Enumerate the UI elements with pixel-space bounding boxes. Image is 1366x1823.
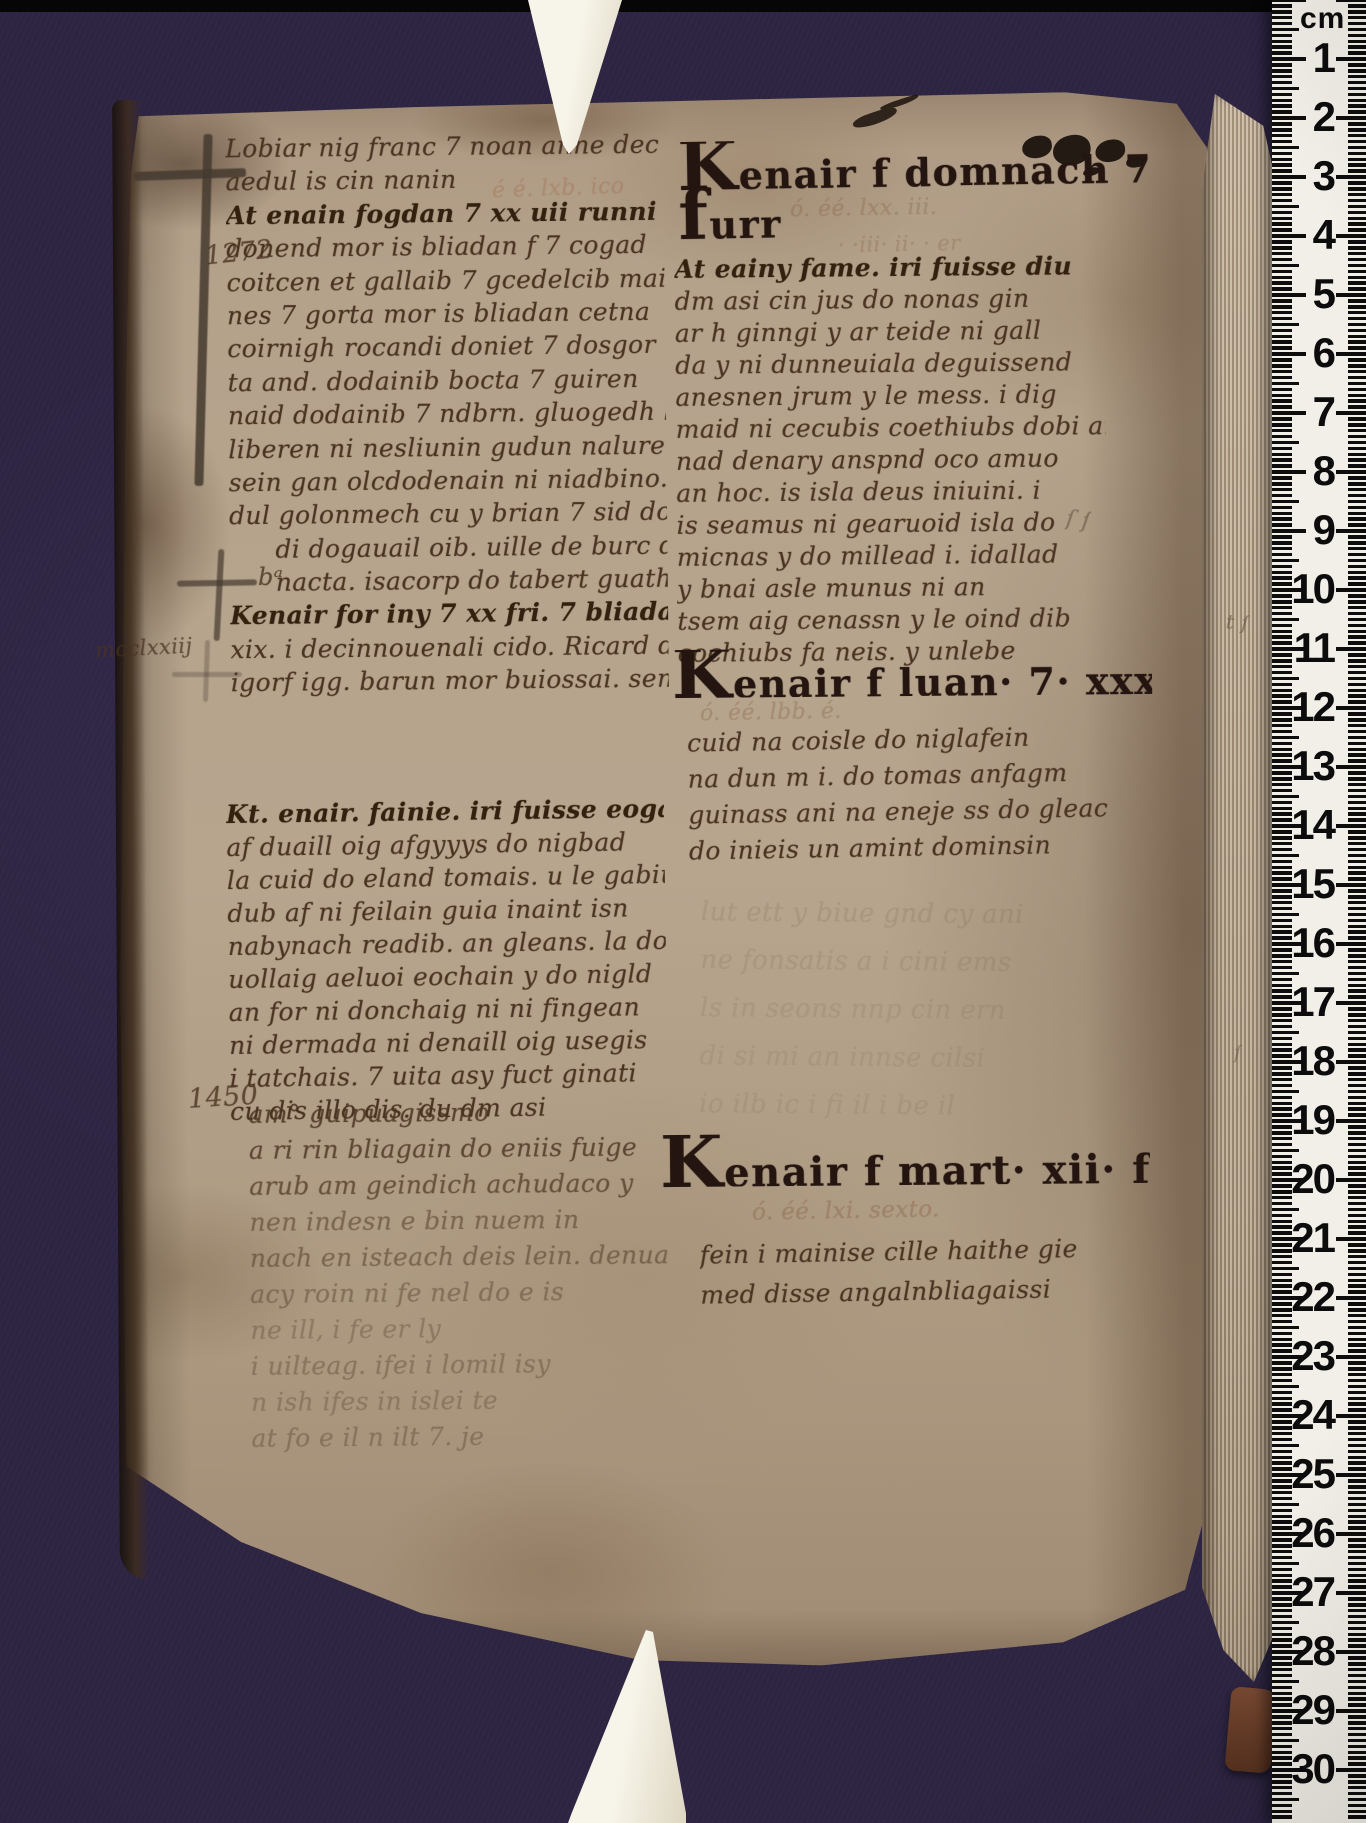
ruler-tick <box>1348 99 1366 103</box>
manuscript-line: da y ni dunneuiala deguissend <box>675 346 1105 382</box>
ruler-tick <box>1348 299 1366 303</box>
ruler-tick <box>1348 1338 1366 1342</box>
ruler-tick <box>1348 441 1366 445</box>
left-column-entry-1272: Lobiar nig franc 7 noan anne decaedul is… <box>225 128 669 700</box>
ruler-tick <box>1272 1792 1292 1796</box>
ruler-tick <box>1348 1261 1366 1265</box>
ruler-tick <box>1272 671 1292 675</box>
ruler-tick <box>1348 594 1366 598</box>
margin-year-1450: 1450 <box>187 1081 259 1116</box>
ruler-tick <box>1348 311 1366 315</box>
ruler-tick <box>1272 553 1292 557</box>
ruler-tick <box>1336 647 1366 651</box>
ruler-tick <box>1348 187 1366 191</box>
ruler-tick <box>1348 1444 1366 1448</box>
ruler-tick <box>1348 653 1366 657</box>
ruler-tick <box>1348 1102 1366 1106</box>
ruler-tick <box>1272 1621 1299 1625</box>
ruler-tick <box>1348 305 1366 309</box>
ruler-tick <box>1348 1644 1366 1648</box>
ruler-tick <box>1348 1231 1366 1235</box>
ruler-tick <box>1348 1509 1366 1513</box>
ruler-tick <box>1348 1526 1366 1530</box>
ruler-number: 24 <box>1272 1394 1334 1436</box>
ruler-tick <box>1348 553 1366 557</box>
ruler-tick <box>1348 1125 1366 1129</box>
ruler-tick <box>1272 1615 1292 1619</box>
ruler-tick <box>1348 624 1366 628</box>
ruler-tick <box>1348 482 1366 486</box>
manuscript-line: ſ <box>1234 1040 1243 1064</box>
ruler-tick <box>1348 276 1366 280</box>
ruler-tick <box>1348 22 1366 26</box>
ruler-tick <box>1348 641 1366 645</box>
ruler-tick <box>1348 1225 1366 1229</box>
ruler-unit-label: cm <box>1300 2 1345 36</box>
ruler-tick <box>1348 270 1366 274</box>
manuscript-line: micnas y do millead i. idallad <box>677 538 1107 574</box>
ruler-tick <box>1348 1432 1366 1436</box>
ruler-tick <box>1348 582 1366 586</box>
ruler-tick <box>1336 116 1366 120</box>
ruler-tick <box>1348 399 1366 403</box>
manuscript-line: dm asi cin jus do nonas gin <box>674 282 1104 318</box>
ruler-tick <box>1348 1391 1366 1395</box>
ruler-tick <box>1272 435 1292 439</box>
ruler-tick <box>1348 1479 1366 1483</box>
ruler-tick <box>1348 1461 1366 1465</box>
ruler-tick <box>1336 706 1366 710</box>
ruler-tick <box>1348 1815 1366 1819</box>
ruler-tick <box>1348 1155 1366 1159</box>
ruler-tick <box>1348 506 1366 510</box>
ruler-tick <box>1348 1715 1366 1719</box>
ruler-tick <box>1348 1220 1366 1224</box>
ruler-tick <box>1348 1568 1366 1572</box>
ruler-tick <box>1348 1243 1366 1247</box>
ruler-tick <box>1348 812 1366 816</box>
ruler-tick <box>1348 69 1366 73</box>
ruler-tick <box>1348 659 1366 663</box>
ruler-number: 30 <box>1272 1748 1334 1790</box>
ruler-tick <box>1348 1804 1366 1808</box>
manuscript-line: an hoc. is isla deus iniuini. i <box>676 474 1106 510</box>
ruler-number: 19 <box>1272 1099 1334 1141</box>
ruler-tick <box>1348 748 1366 752</box>
ruler-tick <box>1348 358 1366 362</box>
ruler-tick <box>1348 423 1366 427</box>
ruler-tick <box>1348 1786 1366 1790</box>
ruler-tick <box>1348 1603 1366 1607</box>
manuscript-line: di si mi an innse cilsi <box>699 1032 1129 1084</box>
ruler-tick <box>1348 1255 1366 1259</box>
ruler-tick <box>1272 1143 1292 1147</box>
ruler-tick <box>1348 1326 1366 1330</box>
right-column-showthrough: lut ett y biue gnd cy anine fonsatis a i… <box>699 888 1131 1132</box>
ruler-tick <box>1336 0 1366 2</box>
ruler-tick <box>1272 972 1299 976</box>
ruler-tick <box>1348 370 1366 374</box>
ruler-tick <box>1348 1550 1366 1554</box>
ruler-tick <box>1336 1355 1366 1359</box>
ruler-tick <box>1348 28 1366 32</box>
ruler-tick <box>1272 1379 1292 1383</box>
ruler-tick <box>1348 205 1366 209</box>
ruler-tick <box>1348 718 1366 722</box>
ruler-tick <box>1348 576 1366 580</box>
ruler-tick <box>1348 1379 1366 1383</box>
ruler-tick <box>1348 346 1366 350</box>
ruler-tick <box>1348 694 1366 698</box>
margin-year-mcclxxiii: mcclxxiij <box>94 633 193 662</box>
ruler-tick <box>1348 199 1366 203</box>
manuscript-line: donend mor is bliadan f 7 cogad <box>226 228 664 266</box>
ruler-tick <box>1348 1037 1366 1041</box>
manuscript-line: At eainy fame. iri fuisse diu <box>674 250 1104 286</box>
ruler-tick <box>1348 63 1366 67</box>
ruler-tick <box>1348 1485 1366 1489</box>
ruler-tick <box>1336 1237 1366 1241</box>
ruler-tick <box>1348 217 1366 221</box>
ruler-number: 17 <box>1272 981 1334 1023</box>
ruler-tick <box>1348 1420 1366 1424</box>
ruler-tick <box>1348 1520 1366 1524</box>
ruler-tick <box>1348 895 1366 899</box>
ruler-tick <box>1348 1137 1366 1141</box>
ruler-number: 11 <box>1272 627 1334 669</box>
ruler-tick <box>1348 535 1366 539</box>
ruler-number: 14 <box>1272 804 1334 846</box>
ruler-tick <box>1348 122 1366 126</box>
ruler-tick <box>1348 335 1366 339</box>
manuscript-line: Lobiar nig franc 7 noan anne dec <box>225 128 663 166</box>
ruler-tick <box>1272 382 1299 386</box>
ruler-tick <box>1348 16 1366 20</box>
ruler-tick <box>1348 10 1366 14</box>
ruler-tick <box>1336 824 1366 828</box>
ruler-tick <box>1348 75 1366 79</box>
ruler-tick <box>1336 765 1366 769</box>
ruler-tick <box>1348 913 1366 917</box>
ruler-tick <box>1348 317 1366 321</box>
ruler-tick <box>1348 972 1366 976</box>
ruler-tick <box>1348 1090 1366 1094</box>
ruler-tick <box>1348 1585 1366 1589</box>
ruler-tick <box>1336 883 1366 887</box>
ruler-tick <box>1272 618 1299 622</box>
manuscript-line: bᵃ <box>258 563 283 591</box>
ruler-tick <box>1348 1013 1366 1017</box>
ruler-number: 21 <box>1272 1217 1334 1259</box>
ruler-tick <box>1272 1804 1292 1808</box>
ruler-tick <box>1348 1066 1366 1070</box>
ruler-tick <box>1348 1692 1366 1696</box>
ruler-tick <box>1348 1751 1366 1755</box>
ruler-tick <box>1348 671 1366 675</box>
ruler-tick <box>1348 1615 1366 1619</box>
ruler-tick <box>1348 1273 1366 1277</box>
ruler-tick <box>1336 57 1366 61</box>
ruler-tick <box>1348 1279 1366 1283</box>
ruler-tick <box>1348 571 1366 575</box>
ruler-tick <box>1348 1019 1366 1023</box>
ruler-tick <box>1348 104 1366 108</box>
ruler-tick <box>1348 612 1366 616</box>
ruler-tick <box>1348 1656 1366 1660</box>
ruler-tick <box>1348 228 1366 232</box>
ruler-tick <box>1348 1314 1366 1318</box>
ruler-number: 22 <box>1272 1276 1334 1318</box>
ruler-tick <box>1272 966 1292 970</box>
manuscript-line: fein i mainise cille haithe gie <box>699 1228 1120 1275</box>
ruler-tick <box>1348 417 1366 421</box>
ruler-tick <box>1348 447 1366 451</box>
ruler-tick <box>1348 394 1366 398</box>
manuscript-line: mcclxxiij <box>94 633 193 662</box>
ruler-tick <box>1348 1579 1366 1583</box>
margin-note-ba: bᵃ <box>258 563 283 591</box>
manuscript-line: naid dodainib 7 ndbrn. gluogedh lagall <box>228 395 666 433</box>
ruler-tick <box>1272 1680 1299 1684</box>
ruler-tick <box>1348 635 1366 639</box>
manuscript-line: med disse angalnbliagaissi <box>700 1268 1121 1315</box>
manuscript-line: Kenair for iny 7 xx fri. 7 bliadain bis … <box>230 595 668 633</box>
ruler-tick <box>1336 1473 1366 1477</box>
ruler-tick <box>1336 1532 1366 1536</box>
ruler-tick <box>1348 1780 1366 1784</box>
manuscript-line: ó. éé. lxi. sexto. <box>752 1196 940 1225</box>
manuscript-line: ſ ſ <box>1064 506 1092 535</box>
ruler-number: 16 <box>1272 922 1334 964</box>
ruler-tick <box>1348 51 1366 55</box>
ruler-tick <box>1348 1208 1366 1212</box>
ruler-tick <box>1348 1043 1366 1047</box>
ruler-tick <box>1348 677 1366 681</box>
ruler-tick <box>1348 1515 1366 1519</box>
ruler-tick <box>1348 128 1366 132</box>
ruler-tick <box>1348 340 1366 344</box>
ruler-number: 25 <box>1272 1453 1334 1495</box>
manuscript-line: do inieis un amint dominsin <box>689 826 1110 869</box>
ruler-tick <box>1272 736 1299 740</box>
ruler-tick <box>1348 1562 1366 1566</box>
ruler-tick <box>1348 388 1366 392</box>
manuscript-line: ó. éé. lxx. iii. <box>790 195 938 224</box>
ruler-number: 2 <box>1272 96 1334 138</box>
ruler-tick <box>1348 1361 1366 1365</box>
ruler-number: 27 <box>1272 1571 1334 1613</box>
ruler-tick <box>1348 1320 1366 1324</box>
ruler-tick <box>1348 453 1366 457</box>
ruler-tick <box>1348 81 1366 85</box>
ruler-tick <box>1348 830 1366 834</box>
ruler-tick <box>1272 10 1292 14</box>
ruler-tick <box>1336 588 1366 592</box>
ruler-tick <box>1348 1385 1366 1389</box>
manuscript-line: sein gan olcdodenain ni niadbino. nagill… <box>229 462 667 500</box>
ruler-tick <box>1348 1054 1366 1058</box>
manuscript-line: am° guipuagissmo <box>248 1093 668 1133</box>
ruler-tick <box>1348 435 1366 439</box>
ruler-tick <box>1348 606 1366 610</box>
ruler-tick <box>1272 848 1292 852</box>
ruler-tick <box>1272 789 1292 793</box>
ruler-number: 23 <box>1272 1335 1334 1377</box>
manuscript-line: dul golonmech cu y brian 7 sid dodenab r… <box>229 495 667 533</box>
ruler-tick <box>1348 565 1366 569</box>
ruler-tick <box>1348 1810 1366 1814</box>
ruler-tick <box>1348 193 1366 197</box>
ruler-tick <box>1272 500 1299 504</box>
ruler-tick <box>1348 34 1366 38</box>
manuscript-line: i uilteag. ifei i lomil isy <box>251 1345 671 1385</box>
manuscript-line: ta and. dodainib bocta 7 guiren <box>227 361 665 399</box>
ruler-tick <box>1336 529 1366 533</box>
manuscript-line: nes 7 gorta mor is bliadan cetna <box>227 295 665 333</box>
manuscript-line: coirnigh rocandi doniet 7 dosgor <box>227 328 665 366</box>
ruler-tick <box>1348 1332 1366 1336</box>
ruler-tick <box>1348 1467 1366 1471</box>
manuscript-line: at fo e il n ilt 7. je <box>251 1417 671 1457</box>
ruler-tick <box>1348 860 1366 864</box>
binding-tail-leather <box>1224 1686 1277 1774</box>
ruler-tick <box>1348 1497 1366 1501</box>
ruler-tick <box>1348 476 1366 480</box>
manuscript-line: ar h ginngi y ar teide ni gall <box>675 314 1105 350</box>
ruler-number: 15 <box>1272 863 1334 905</box>
right-kl-subline-1: ó. éé. lxx. iii. <box>790 195 938 224</box>
annal-heading: Kenair f mart· xii· fri. <box>660 1131 1150 1187</box>
ruler-tick <box>1348 978 1366 982</box>
ruler-tick <box>1348 1161 1366 1165</box>
ruler-tick <box>1348 429 1366 433</box>
ruler-tick <box>1272 87 1299 91</box>
ruler-tick <box>1348 1214 1366 1218</box>
ruler-tick <box>1336 1060 1366 1064</box>
right-kl-subline-2: ó. éé. lbb. é. <box>700 699 842 726</box>
ruler-tick <box>1336 293 1366 297</box>
ruler-tick <box>1348 488 1366 492</box>
ruler-number: 20 <box>1272 1158 1334 1200</box>
ruler-tick <box>1272 612 1292 616</box>
manuscript-line: maid ni cecubis coethiubs dobi amb <box>676 410 1106 446</box>
ruler-tick <box>1348 494 1366 498</box>
ruler-tick <box>1336 175 1366 179</box>
manuscript-line: liberen ni nesliunin gudun nalure. inpui… <box>228 428 666 466</box>
manuscript-line: anesnen jrum y le mess. i dig <box>675 378 1105 414</box>
ruler-tick <box>1348 712 1366 716</box>
ruler-tick <box>1336 1591 1366 1595</box>
ruler-tick <box>1272 854 1299 858</box>
ruler-tick <box>1272 907 1292 911</box>
manuscript-line: nad denary anspnd oco amuo <box>676 442 1106 478</box>
annal-heading: Kenair f luan· 7· xxx· fri. <box>672 646 1152 698</box>
ruler-tick <box>1348 1597 1366 1601</box>
manuscript-line: ó. éé. lbb. é. <box>700 699 842 726</box>
ruler-tick <box>1348 665 1366 669</box>
ruler-tick <box>1348 87 1366 91</box>
ruler-tick <box>1272 1025 1292 1029</box>
ruler-tick <box>1348 1662 1366 1666</box>
ruler-tick <box>1348 517 1366 521</box>
ruler-tick <box>1348 1007 1366 1011</box>
ruler-tick <box>1348 1107 1366 1111</box>
ruler-tick <box>1348 547 1366 551</box>
ruler-tick <box>1348 954 1366 958</box>
ruler-tick <box>1348 966 1366 970</box>
ruler-tick <box>1272 1326 1299 1330</box>
ruler-tick <box>1348 1721 1366 1725</box>
ruler-tick <box>1348 323 1366 327</box>
ruler-tick <box>1348 1456 1366 1460</box>
manuscript-line: nacta. isacorp do tabert guath iuisel. <box>230 562 668 600</box>
ruler-tick <box>1348 984 1366 988</box>
manuscript-line: t ſ <box>1225 609 1250 635</box>
ruler-tick <box>1272 1798 1299 1802</box>
ruler-tick <box>1348 1503 1366 1507</box>
ruler-tick <box>1348 889 1366 893</box>
ruler-tick <box>1348 1574 1366 1578</box>
manuscript-line: di dogauail oib. uille de burc deg icd <box>229 528 667 566</box>
right-kl-subline-3: ó. éé. lxi. sexto. <box>752 1196 940 1225</box>
ruler-tick <box>1348 801 1366 805</box>
top-border <box>0 0 1366 12</box>
ruler-tick <box>1272 1503 1299 1507</box>
ruler-tick <box>1348 1166 1366 1170</box>
ruler-tick <box>1272 323 1299 327</box>
right-column-heading-mart: Kenair f mart· xii· fri. <box>660 1131 1150 1187</box>
ruler-tick <box>1348 1627 1366 1631</box>
ruler-tick <box>1348 93 1366 97</box>
ruler-tick <box>1348 376 1366 380</box>
ruler-tick <box>1336 1119 1366 1123</box>
ruler-tick <box>1348 783 1366 787</box>
ruler-tick <box>1348 1756 1366 1760</box>
ruler-tick <box>1348 1343 1366 1347</box>
right-column-entry-1: At eainy fame. iri fuisse diudm asi cin … <box>674 250 1108 670</box>
ruler-tick <box>1348 240 1366 244</box>
ruler-tick <box>1348 1438 1366 1442</box>
ruler-tick <box>1272 677 1299 681</box>
manuscript-line: ne ill, i fe er ly <box>250 1309 670 1349</box>
ruler-tick <box>1348 960 1366 964</box>
ruler-tick <box>1348 146 1366 150</box>
ruler-tick <box>1272 1090 1299 1094</box>
ruler-tick <box>1272 1556 1292 1560</box>
page-edge-marks-3: ſ <box>1234 1040 1243 1064</box>
ruler-number: 4 <box>1272 214 1334 256</box>
manuscript-line: nen indesn e bin nuem in <box>249 1201 669 1241</box>
ruler-tick <box>1348 1727 1366 1731</box>
ruler-tick <box>1348 1349 1366 1353</box>
ruler-tick <box>1348 618 1366 622</box>
ruler-tick <box>1272 795 1299 799</box>
ruler-tick <box>1272 1674 1292 1678</box>
manuscript-line: y bnai asle munus ni an <box>677 570 1107 606</box>
ruler-number: 18 <box>1272 1040 1334 1082</box>
rubric-after-line2: é é. lxb. ico <box>492 174 625 205</box>
ruler-tick <box>1272 1149 1299 1153</box>
left-column-entry-2: Kt. enair. fainie. iri fuisse eoganaf du… <box>226 792 669 1128</box>
ruler-tick <box>1272 1810 1292 1814</box>
ruler-tick <box>1348 948 1366 952</box>
ruler-tick <box>1348 1397 1366 1401</box>
ruler-tick <box>1348 163 1366 167</box>
ruler-tick <box>1348 1249 1366 1253</box>
ruler-tick <box>1348 1633 1366 1637</box>
ruler-tick <box>1348 795 1366 799</box>
manuscript-line: i tatchais. 7 uita asy fuct ginati <box>229 1056 667 1095</box>
